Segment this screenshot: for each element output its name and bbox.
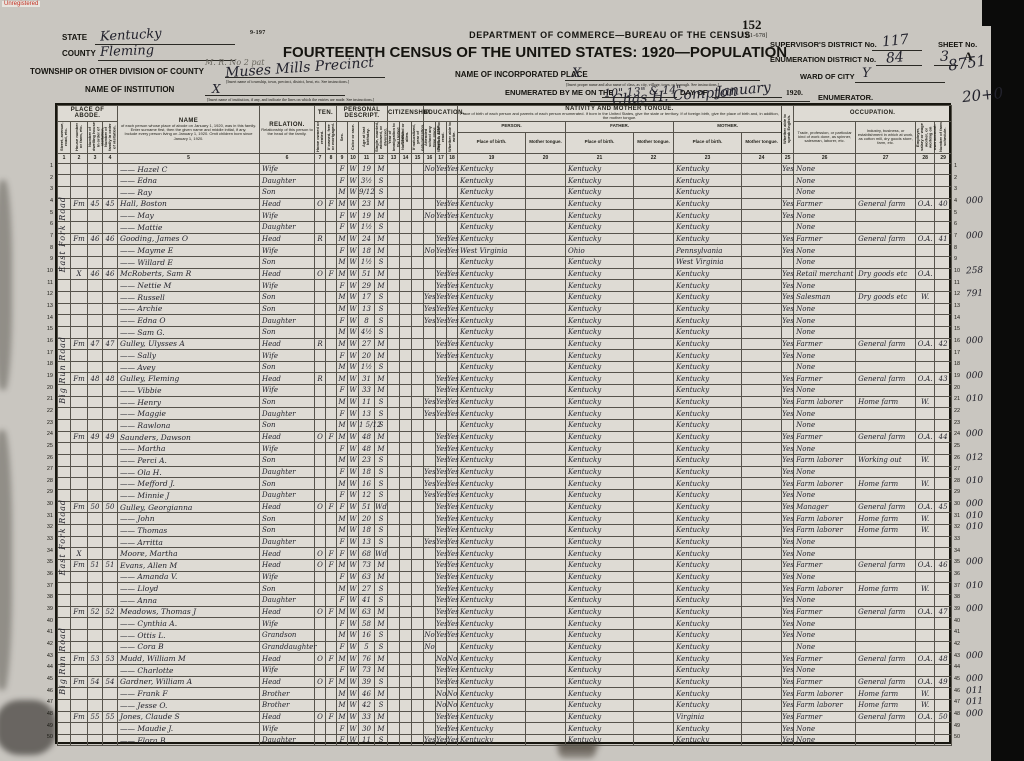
cell	[315, 525, 326, 537]
cell: Yes	[447, 396, 458, 408]
cell: Yes	[782, 618, 794, 630]
cell	[424, 175, 436, 187]
cell	[436, 326, 447, 338]
cell	[315, 186, 326, 198]
cell: Kentucky	[458, 315, 526, 327]
cell	[400, 711, 412, 723]
cell: Kentucky	[674, 315, 742, 327]
cell: Kentucky	[458, 326, 526, 338]
cell	[388, 618, 400, 630]
cell: Yes	[782, 734, 794, 746]
cell: Son	[260, 326, 315, 338]
line-number-right: 3	[954, 186, 968, 192]
cell	[103, 525, 118, 537]
cell	[326, 490, 337, 502]
cell: M	[337, 420, 348, 432]
cell: —— Anna	[118, 594, 260, 606]
cell: —— Mattie	[118, 221, 260, 233]
cell	[742, 396, 782, 408]
cell	[103, 420, 118, 432]
cell: Yes	[782, 699, 794, 711]
cell: 51	[359, 501, 375, 513]
cell: Yes	[782, 513, 794, 525]
cell: —— Amanda V.	[118, 571, 260, 583]
cell	[88, 723, 103, 735]
line-number-left: 4	[37, 198, 53, 204]
cell: 23	[359, 198, 375, 210]
cell: Wife	[260, 571, 315, 583]
cell: Kentucky	[674, 198, 742, 210]
cell: 41	[359, 594, 375, 606]
line-number-left: 29	[37, 489, 53, 495]
line-number-right: 13	[954, 303, 968, 309]
cell: S	[375, 455, 388, 467]
cell: Kentucky	[458, 291, 526, 303]
cell: Kentucky	[566, 629, 634, 641]
cell: Kentucky	[458, 233, 526, 245]
cell: Yes	[436, 559, 447, 571]
cell	[634, 338, 674, 350]
column-number: 3	[88, 153, 103, 163]
column-number: 16	[424, 153, 436, 163]
cell: Yes	[447, 303, 458, 315]
line-number-right: 2	[954, 175, 968, 181]
cell: Yes	[782, 676, 794, 688]
cell: 12	[359, 490, 375, 502]
cell: Kentucky	[566, 525, 634, 537]
cell: Yes	[436, 525, 447, 537]
cell: W	[348, 396, 359, 408]
cell	[634, 629, 674, 641]
cell: M	[337, 268, 348, 280]
cell: W	[348, 455, 359, 467]
cell: Yes	[436, 373, 447, 385]
cell: F	[337, 315, 348, 327]
cell: Yes	[782, 478, 794, 490]
cell	[742, 641, 782, 653]
margin-occupation-code: 000	[966, 650, 984, 661]
cell	[103, 629, 118, 641]
cell	[388, 455, 400, 467]
cell	[634, 466, 674, 478]
header-col-trade: Trade, profession, or particular kind of…	[794, 121, 856, 153]
cell	[400, 583, 412, 595]
table-row: —— MayWifeFW19MNoYesYesKentuckyKentuckyK…	[58, 210, 952, 222]
cell: Kentucky	[566, 664, 634, 676]
cell	[400, 233, 412, 245]
cell: 1 5/12	[359, 420, 375, 432]
cell: 52	[88, 606, 103, 618]
cell: W	[348, 629, 359, 641]
cell: None	[794, 350, 856, 362]
cell: Yes	[436, 338, 447, 350]
table-row: Fm5252Meadows, Thomas JHeadOFMW63MYesYes…	[58, 606, 952, 618]
cell: Kentucky	[458, 676, 526, 688]
line-number-left: 15	[37, 326, 53, 332]
cell	[58, 175, 71, 187]
cell	[424, 455, 436, 467]
cell	[388, 408, 400, 420]
cell: Yes	[424, 408, 436, 420]
cell	[935, 420, 952, 432]
cell	[412, 711, 424, 723]
cell: Yes	[436, 629, 447, 641]
cell: Yes	[436, 676, 447, 688]
cell: Fm	[71, 606, 88, 618]
cell	[103, 699, 118, 711]
cell: W	[348, 466, 359, 478]
cell	[326, 256, 337, 268]
cell	[526, 431, 566, 443]
cell: M	[337, 361, 348, 373]
cell: Daughter	[260, 490, 315, 502]
cell: Yes	[436, 280, 447, 292]
cell	[412, 350, 424, 362]
cell	[315, 629, 326, 641]
cell: F	[337, 443, 348, 455]
cell: Daughter	[260, 466, 315, 478]
cell: —— Henry	[118, 396, 260, 408]
cell	[412, 466, 424, 478]
cell: Yes	[447, 338, 458, 350]
cell	[400, 256, 412, 268]
cell	[916, 385, 935, 397]
cell: S	[375, 536, 388, 548]
cell: S	[375, 396, 388, 408]
margin-occupation-code: 011	[966, 685, 984, 696]
cell	[400, 734, 412, 746]
cell: M	[337, 256, 348, 268]
cell	[71, 641, 88, 653]
cell	[526, 396, 566, 408]
cell	[526, 326, 566, 338]
cell: Kentucky	[458, 629, 526, 641]
cell: —— John	[118, 513, 260, 525]
line-number-right: 41	[954, 629, 968, 635]
cell: F	[326, 431, 337, 443]
cell: 17	[359, 291, 375, 303]
cell	[388, 525, 400, 537]
cell: M	[337, 711, 348, 723]
column-number: 14	[400, 153, 412, 163]
column-number: 23	[674, 153, 742, 163]
cell: 50	[935, 711, 952, 723]
cell: Meadows, Thomas J	[118, 606, 260, 618]
table-row: —— ThomasSonMW18SYesYesKentuckyKentuckyK…	[58, 525, 952, 537]
street-name-vertical: Big Run Road	[56, 336, 69, 499]
cell: Kentucky	[566, 688, 634, 700]
cell	[71, 443, 88, 455]
cell: Kentucky	[674, 163, 742, 175]
header-col-owned: Home owned or rented.	[315, 121, 326, 153]
cell	[88, 641, 103, 653]
cell: None	[794, 326, 856, 338]
cell: 13	[359, 408, 375, 420]
cell	[935, 478, 952, 490]
column-number: 17	[436, 153, 447, 163]
cell	[935, 443, 952, 455]
cell: Kentucky	[674, 559, 742, 571]
cell: Kentucky	[458, 350, 526, 362]
line-number-right: 23	[954, 420, 968, 426]
cell	[388, 664, 400, 676]
cell	[424, 221, 436, 233]
cell: Kentucky	[566, 408, 634, 420]
cell	[634, 268, 674, 280]
cell: W	[348, 256, 359, 268]
cell	[326, 163, 337, 175]
cell: —— Mayme E	[118, 245, 260, 257]
cell	[103, 536, 118, 548]
cell	[71, 408, 88, 420]
cell: Yes	[782, 525, 794, 537]
cell: Yes	[447, 536, 458, 548]
cell	[103, 548, 118, 560]
supervisor-district-value: 117	[881, 32, 909, 51]
cell	[916, 420, 935, 432]
cell: M	[337, 653, 348, 665]
cell	[388, 466, 400, 478]
cell	[326, 396, 337, 408]
cell: Yes	[447, 490, 458, 502]
cell: 48	[359, 443, 375, 455]
cell: Son	[260, 291, 315, 303]
cell: Hall, Boston	[118, 198, 260, 210]
cell: 45	[935, 501, 952, 513]
cell	[782, 420, 794, 432]
table-row: —— Nettie MWifeFW29MYesYesKentuckyKentuc…	[58, 280, 952, 292]
line-number-left: 45	[37, 676, 53, 682]
cell	[412, 221, 424, 233]
cell	[856, 443, 916, 455]
cell	[326, 221, 337, 233]
cell: M	[375, 198, 388, 210]
cell: Kentucky	[674, 490, 742, 502]
cell: Kentucky	[566, 594, 634, 606]
cell: 23	[359, 455, 375, 467]
cell: No	[424, 641, 436, 653]
scan-smudge-left	[0, 180, 12, 390]
table-row: —— MaggieDaughterFW13SYesYesYesKentuckyK…	[58, 408, 952, 420]
cell: 39	[359, 676, 375, 688]
cell	[412, 618, 424, 630]
cell	[526, 420, 566, 432]
cell: Yes	[436, 583, 447, 595]
cell: W	[348, 548, 359, 560]
cell: Yes	[436, 315, 447, 327]
header-tenure: TEN.	[315, 106, 337, 122]
cell	[400, 163, 412, 175]
cell: Son	[260, 478, 315, 490]
state-label: STATE	[62, 33, 87, 42]
cell	[742, 536, 782, 548]
cell	[71, 536, 88, 548]
column-number: 13	[388, 153, 400, 163]
cell	[436, 420, 447, 432]
cell	[526, 303, 566, 315]
table-row: —— Cynthia A.WifeFW58MYesYesKentuckyKent…	[58, 618, 952, 630]
cell	[88, 256, 103, 268]
cell: 47	[103, 338, 118, 350]
cell	[424, 583, 436, 595]
cell	[916, 466, 935, 478]
cell	[315, 361, 326, 373]
cell: 16	[359, 478, 375, 490]
cell	[634, 245, 674, 257]
cell: Kentucky	[458, 210, 526, 222]
cell	[315, 618, 326, 630]
header-col-school: Attended school any time since Sept. 1, …	[424, 121, 436, 153]
cell	[916, 326, 935, 338]
cell: 1½	[359, 221, 375, 233]
cell: Yes	[436, 291, 447, 303]
cell: Kentucky	[674, 210, 742, 222]
cell	[856, 536, 916, 548]
cell: Home farm	[856, 699, 916, 711]
cell	[326, 699, 337, 711]
cell	[424, 326, 436, 338]
cell	[634, 688, 674, 700]
cell: W.	[916, 583, 935, 595]
cell	[103, 455, 118, 467]
cell: Kentucky	[674, 385, 742, 397]
line-number-left: 46	[37, 688, 53, 694]
cell: F	[337, 501, 348, 513]
column-number: 11	[359, 153, 375, 163]
table-row: —— ArrittaDaughterFW13SYesYesYesKentucky…	[58, 536, 952, 548]
cell: Kentucky	[566, 268, 634, 280]
cell: S	[375, 175, 388, 187]
cell	[782, 326, 794, 338]
header-col-employment: Employer, salary or wage worker, or work…	[916, 121, 935, 153]
cell: Yes	[782, 711, 794, 723]
cell: Wife	[260, 245, 315, 257]
cell: 19	[359, 163, 375, 175]
cell: Yes	[782, 583, 794, 595]
cell: General farm	[856, 653, 916, 665]
cell	[326, 233, 337, 245]
line-number-left: 17	[37, 350, 53, 356]
cell: Kentucky	[674, 478, 742, 490]
cell: Kentucky	[458, 198, 526, 210]
cell	[400, 198, 412, 210]
cell	[103, 385, 118, 397]
cell	[103, 641, 118, 653]
cell: Farmer	[794, 559, 856, 571]
cell: Kentucky	[674, 513, 742, 525]
cell	[88, 280, 103, 292]
margin-occupation-code: 000	[966, 370, 984, 381]
cell: Farm laborer	[794, 525, 856, 537]
enumeration-district-label: ENUMERATION DISTRICT No.	[770, 55, 876, 64]
cell: None	[794, 594, 856, 606]
cell: —— Avey	[118, 361, 260, 373]
cell	[400, 443, 412, 455]
cell	[412, 175, 424, 187]
cell: Yes	[782, 280, 794, 292]
cell: F	[326, 606, 337, 618]
cell: Kentucky	[458, 653, 526, 665]
cell	[88, 221, 103, 233]
cell: 48	[935, 653, 952, 665]
cell: O	[315, 268, 326, 280]
cell	[400, 210, 412, 222]
cell: Yes	[782, 536, 794, 548]
cell	[88, 385, 103, 397]
cell: W.	[916, 291, 935, 303]
cell	[400, 594, 412, 606]
cell: —— Frank F	[118, 688, 260, 700]
cell: —— Jesse O.	[118, 699, 260, 711]
cell	[526, 210, 566, 222]
cell: O.A.	[916, 268, 935, 280]
cell	[71, 490, 88, 502]
cell: M	[337, 676, 348, 688]
cell	[400, 629, 412, 641]
cell: S	[375, 583, 388, 595]
cell	[412, 536, 424, 548]
cell	[412, 361, 424, 373]
cell	[71, 699, 88, 711]
cell	[88, 361, 103, 373]
cell	[424, 699, 436, 711]
cell	[326, 583, 337, 595]
cell: Kentucky	[674, 186, 742, 198]
column-number: 19	[458, 153, 526, 163]
cell	[526, 350, 566, 362]
line-number-left: 3	[37, 186, 53, 192]
cell: Yes	[447, 431, 458, 443]
line-number-right: 1	[954, 163, 968, 169]
table-row: Fm5050Gulley, GeorgiannaHeadOFFW51WdYesY…	[58, 501, 952, 513]
cell: 42	[359, 699, 375, 711]
cell: Kentucky	[674, 664, 742, 676]
cell	[634, 478, 674, 490]
cell: O	[315, 711, 326, 723]
cell	[935, 525, 952, 537]
cell	[412, 373, 424, 385]
cell: W.	[916, 525, 935, 537]
cell: Kentucky	[458, 734, 526, 746]
cell	[400, 361, 412, 373]
cell	[526, 606, 566, 618]
cell	[71, 734, 88, 746]
cell	[315, 280, 326, 292]
cell	[526, 163, 566, 175]
cell: Farm laborer	[794, 513, 856, 525]
cell: 76	[359, 653, 375, 665]
line-number-left: 13	[37, 303, 53, 309]
cell	[526, 478, 566, 490]
cell	[526, 315, 566, 327]
margin-occupation-code: 000	[966, 196, 984, 207]
cell: 47	[935, 606, 952, 618]
cell	[856, 350, 916, 362]
line-number-right: 6	[954, 221, 968, 227]
cell	[742, 466, 782, 478]
cell	[315, 210, 326, 222]
cell	[935, 291, 952, 303]
cell: Yes	[782, 559, 794, 571]
cell	[856, 734, 916, 746]
table-row: —— HenrySonMW11SYesYesYesKentuckyKentuck…	[58, 396, 952, 408]
cell	[856, 664, 916, 676]
cell: Yes	[436, 431, 447, 443]
cell: Kentucky	[566, 559, 634, 571]
cell: R	[315, 338, 326, 350]
cell	[916, 256, 935, 268]
line-number-left: 30	[37, 501, 53, 507]
